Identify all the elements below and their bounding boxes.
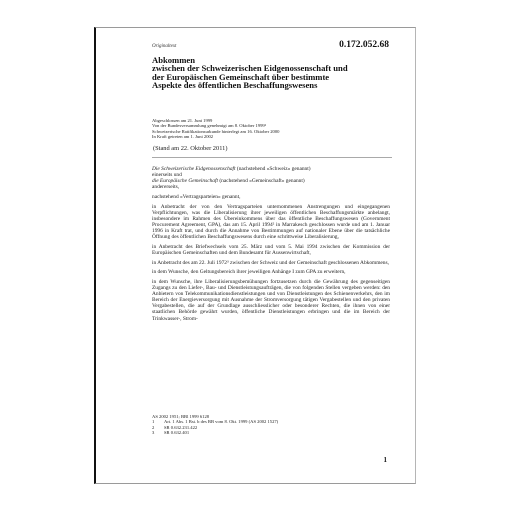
footnote-number: 3 [152,430,164,435]
separator-line [152,157,392,158]
status-date: (Stand am 22. Oktober 2011) [153,145,227,152]
original-text-label: Originaltext [152,44,176,49]
footnote: 3 SR 0.632.401 [152,430,392,435]
preamble-paragraph: in Anbetracht der von den Vertragspartei… [152,204,390,241]
page-number: 1 [384,456,388,464]
document-metadata: Abgeschlossen am 21. Juni 1999 Von der B… [152,118,402,140]
preamble-paragraph: in Anbetracht des am 22. Juli 1972³ zwis… [152,260,390,266]
document-title: Abkommen zwischen der Schweizerischen Ei… [152,56,402,90]
party-2-name: die Europäische Gemeinschaft [152,178,218,184]
footnote-text: SR 0.632.401 [164,430,189,435]
meta-in-force: In Kraft getreten am 1. Juni 2002 [152,134,402,139]
sr-number: 0.172.052.68 [339,40,389,50]
document-page: Originaltext 0.172.052.68 Abkommen zwisc… [94,27,416,484]
party-1-name: Die Schweizerische Eidgenossenschaft [152,166,236,172]
party-1-designation: (nachstehend «Schweiz» genannt) [236,166,311,172]
party-2-designation: (nachstehend «Gemeinschaft» genannt) [218,178,305,184]
andererseits: andererseits, [152,184,390,190]
preamble: Die Schweizerische Eidgenossenschaft (na… [152,166,390,325]
footnotes: AS 2002 1951; BBl 1999 6128 1 Art. 1 Abs… [152,414,392,436]
preamble-paragraph: in dem Wunsche, ihre Liberalisierungsbem… [152,279,390,322]
preamble-paragraph: in Anbetracht des Briefwechsels vom 25. … [152,244,390,256]
title-line: Aspekte des öffentlichen Beschaffungswes… [152,81,402,89]
preamble-paragraph: in dem Wunsche, den Geltungsbereich ihre… [152,269,390,275]
collective-designation: nachstehend «Vertragsparteien» genannt, [152,194,390,200]
